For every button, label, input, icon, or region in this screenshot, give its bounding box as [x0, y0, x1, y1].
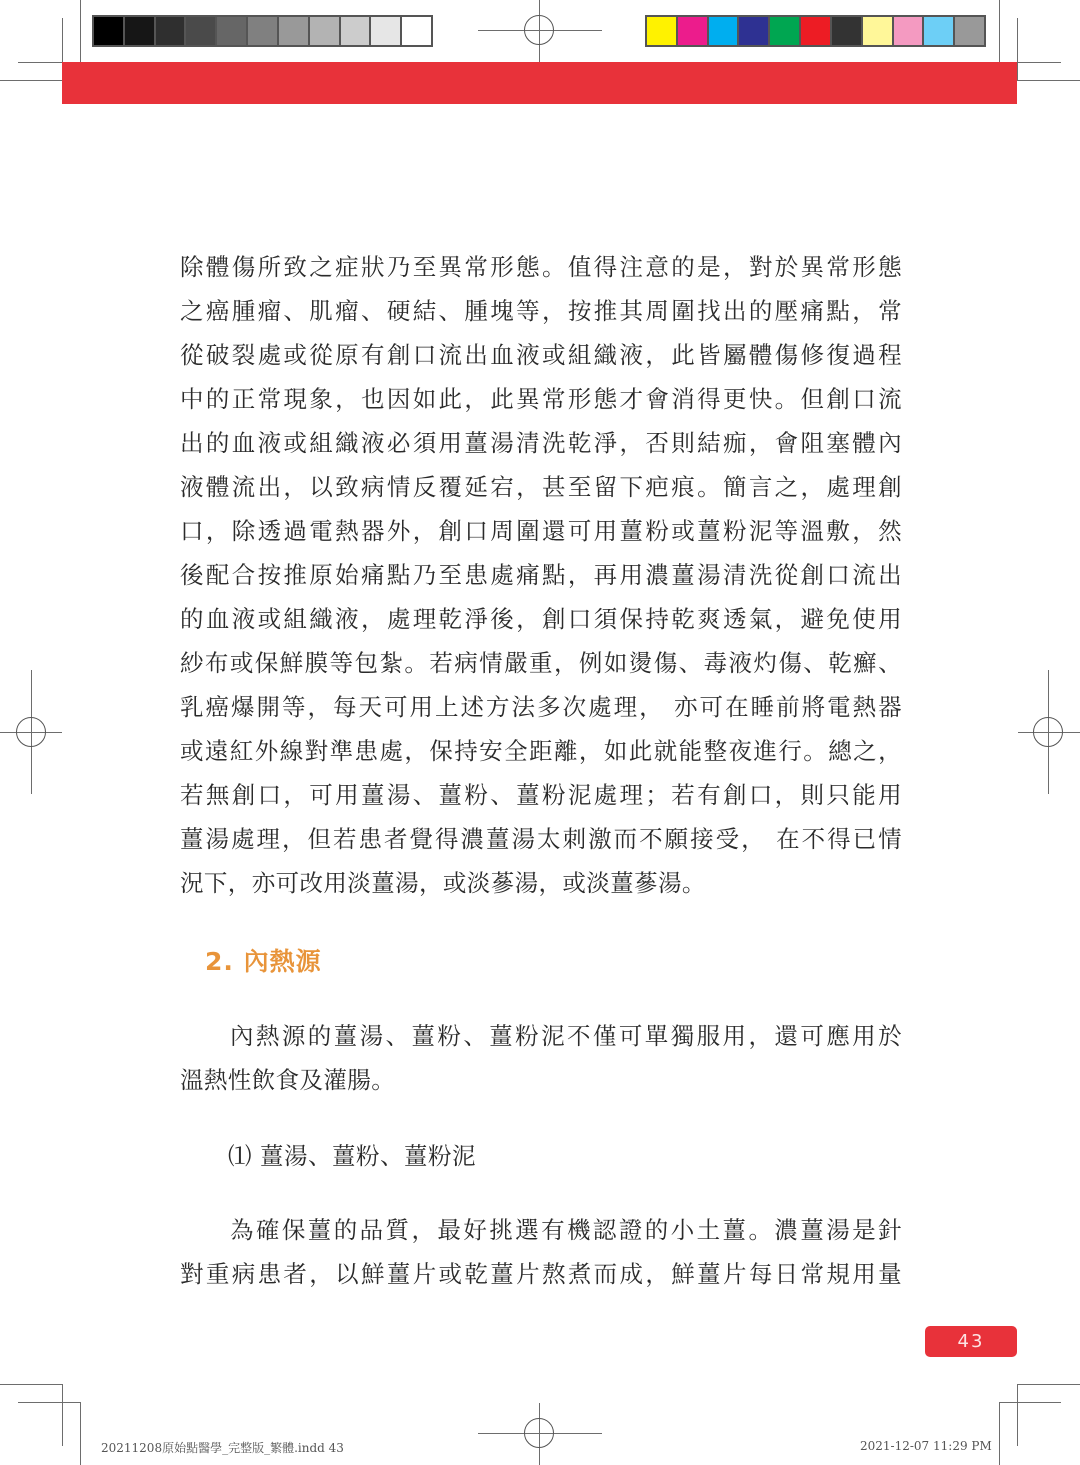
- process-color-bar: [645, 15, 986, 47]
- crop-mark-tl-h-outer: [0, 80, 62, 81]
- header-red-bar: [62, 62, 1017, 104]
- body-text-2: 內熱源的薑湯、薑粉、薑粉泥不僅可單獨服用，還可應用於 溫熱性飲食及灌腸。: [180, 1014, 902, 1102]
- color-swatch: [924, 17, 953, 45]
- color-swatch: [832, 17, 861, 45]
- page-number-badge: 43: [925, 1326, 1017, 1357]
- paragraph-3: 為確保薑的品質，最好挑選有機認證的小土薑。濃薑湯是針 對重病患者，以鮮薑片或乾薑…: [180, 1208, 902, 1296]
- slug-filename: 20211208原始點醫學_完整版_繁體.indd 43: [101, 1439, 344, 1456]
- text-line: 乳癌爆開等，每天可用上述方法多次處理， 亦可在睡前將電熱器: [180, 685, 902, 729]
- registration-target-top-icon: [524, 15, 554, 45]
- gray-swatch: [125, 17, 154, 45]
- color-swatch: [801, 17, 830, 45]
- crop-mark-tr-h-outer: [1017, 80, 1080, 81]
- crop-mark-tr-v-outer: [999, 0, 1000, 62]
- subsection-heading: ⑴ 薑湯、薑粉、薑粉泥: [228, 1137, 476, 1171]
- color-swatch: [678, 17, 707, 45]
- text-line: 之癌腫瘤、肌瘤、硬結、腫塊等，按推其周圍找出的壓痛點，常: [180, 289, 902, 333]
- text-line: 液體流出，以致病情反覆延宕，甚至留下疤痕。簡言之，處理創: [180, 465, 902, 509]
- gray-swatch: [402, 17, 431, 45]
- crop-mark-br-v-outer: [1017, 1384, 1018, 1446]
- gray-swatch: [341, 17, 370, 45]
- text-line: 後配合按推原始痛點乃至患處痛點，再用濃薑湯清洗從創口流出: [180, 553, 902, 597]
- grayscale-color-bar: [92, 15, 433, 47]
- crop-mark-bl-h-inner: [18, 1402, 80, 1403]
- color-swatch: [894, 17, 923, 45]
- slug-datetime: 2021-12-07 11:29 PM: [860, 1439, 992, 1453]
- color-swatch: [709, 17, 738, 45]
- crop-mark-bl-v-inner: [80, 1402, 81, 1465]
- text-line: 或遠紅外線對準患處，保持安全距離，如此就能整夜進行。總之，: [180, 729, 902, 773]
- gray-swatch: [371, 17, 400, 45]
- text-line: 溫熱性飲食及灌腸。: [180, 1058, 902, 1102]
- crop-mark-bl-v-outer: [62, 1384, 63, 1446]
- color-swatch: [770, 17, 799, 45]
- color-swatch: [863, 17, 892, 45]
- text-line: 內熱源的薑湯、薑粉、薑粉泥不僅可單獨服用，還可應用於: [180, 1014, 902, 1058]
- text-line: 若無創口，可用薑湯、薑粉、薑粉泥處理；若有創口，則只能用: [180, 773, 902, 817]
- paragraph-1: 除體傷所致之症狀乃至異常形態。值得注意的是，對於異常形態 之癌腫瘤、肌瘤、硬結、…: [180, 245, 902, 905]
- text-line: 出的血液或組織液必須用薑湯清洗乾淨，否則結痂，會阻塞體內: [180, 421, 902, 465]
- text-line: 紗布或保鮮膜等包紮。若病情嚴重，例如燙傷、毒液灼傷、乾癬、: [180, 641, 902, 685]
- color-swatch: [955, 17, 984, 45]
- paragraph-2: 內熱源的薑湯、薑粉、薑粉泥不僅可單獨服用，還可應用於 溫熱性飲食及灌腸。: [180, 1014, 902, 1102]
- crop-mark-bl-h-outer: [0, 1384, 62, 1385]
- crop-mark-tr-v-inner: [1017, 18, 1018, 80]
- gray-swatch: [186, 17, 215, 45]
- text-line: 口，除透過電熱器外，創口周圍還可用薑粉或薑粉泥等溫敷，然: [180, 509, 902, 553]
- gray-swatch: [279, 17, 308, 45]
- text-line: 除體傷所致之症狀乃至異常形態。值得注意的是，對於異常形態: [180, 245, 902, 289]
- text-line: 為確保薑的品質，最好挑選有機認證的小土薑。濃薑湯是針: [180, 1208, 902, 1252]
- text-line: 中的正常現象，也因如此，此異常形態才會消得更快。但創口流: [180, 377, 902, 421]
- crop-mark-br-h-inner: [999, 1402, 1061, 1403]
- crop-mark-br-h-outer: [1017, 1384, 1080, 1385]
- gray-swatch: [217, 17, 246, 45]
- section-heading: 2. 內熱源: [205, 942, 322, 978]
- gray-swatch: [248, 17, 277, 45]
- text-line: 薑湯處理，但若患者覺得濃薑湯太刺激而不願接受， 在不得已情: [180, 817, 902, 861]
- gray-swatch: [156, 17, 185, 45]
- crop-mark-br-v-inner: [999, 1402, 1000, 1465]
- color-swatch: [647, 17, 676, 45]
- text-line: 從破裂處或從原有創口流出血液或組織液，此皆屬體傷修復過程: [180, 333, 902, 377]
- body-text-3: 為確保薑的品質，最好挑選有機認證的小土薑。濃薑湯是針 對重病患者，以鮮薑片或乾薑…: [180, 1208, 902, 1296]
- text-line: 的血液或組織液，處理乾淨後，創口須保持乾爽透氣，避免使用: [180, 597, 902, 641]
- registration-target-bottom-icon: [524, 1418, 554, 1448]
- text-line: 況下，亦可改用淡薑湯，或淡蔘湯，或淡薑蔘湯。: [180, 861, 902, 905]
- gray-swatch: [94, 17, 123, 45]
- registration-target-right-icon: [1033, 717, 1063, 747]
- gray-swatch: [310, 17, 339, 45]
- body-text: 除體傷所致之症狀乃至異常形態。值得注意的是，對於異常形態 之癌腫瘤、肌瘤、硬結、…: [180, 245, 902, 905]
- crop-mark-tl-v-outer: [80, 0, 81, 62]
- registration-target-left-icon: [16, 717, 46, 747]
- color-swatch: [739, 17, 768, 45]
- text-line: 對重病患者，以鮮薑片或乾薑片熬煮而成，鮮薑片每日常規用量: [180, 1252, 902, 1296]
